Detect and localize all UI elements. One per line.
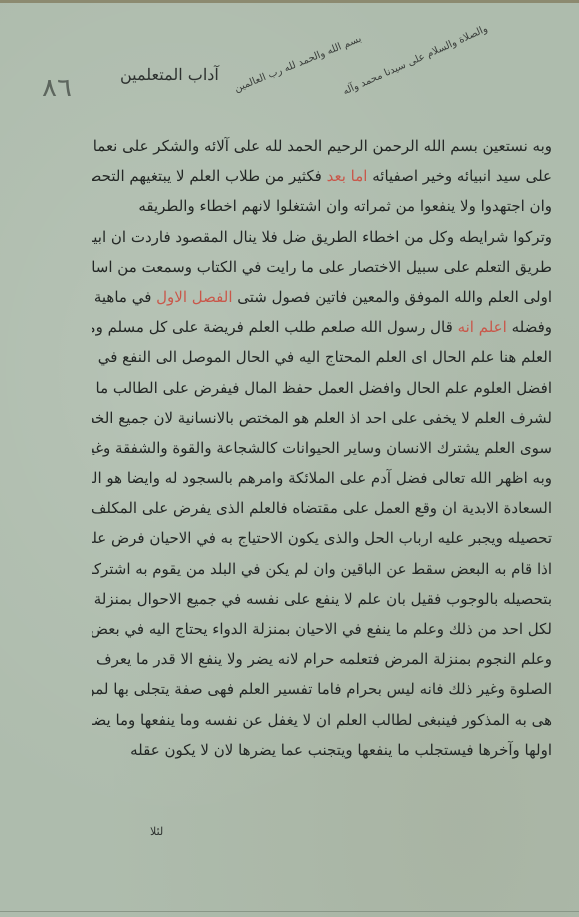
- text-span: اولها وآخرها فيستجلب ما ينفعها ويتجنب عم…: [130, 741, 552, 759]
- text-line: افضل العلوم علم الحال وافضل العمل حفظ ال…: [92, 373, 552, 403]
- text-line: اولى العلم والله الموفق والمعين فاتين فص…: [92, 282, 552, 312]
- rubric-heading: اعلم انه: [458, 318, 507, 336]
- text-line: وتركوا شرايطه وكل من اخطاء الطريق ضل فلا…: [92, 222, 552, 252]
- text-line: اذا قام به البعض سقط عن الباقين وان لم ي…: [92, 554, 552, 584]
- text-span: وبه نستعين بسم الله الرحمن الرحيم الحمد …: [92, 137, 552, 155]
- catchword: لئلا: [150, 825, 163, 838]
- text-span: قال رسول الله صلعم طلب العلم فريضة على ك…: [92, 318, 453, 336]
- text-span: على سيد انبيائه وخير اصفيائه: [372, 167, 552, 185]
- text-line: الصلوة وغير ذلك فانه ليس بحرام فاما تفسي…: [92, 674, 552, 704]
- text-line: وبه اظهر الله تعالى فضل آدم على الملائكة…: [92, 463, 552, 493]
- text-span: سوى العلم يشترك الانسان وساير الحيوانات …: [92, 439, 552, 457]
- text-span: هى به المذكور فينبغى لطالب العلم ان لا ي…: [92, 711, 552, 729]
- text-line: وان اجتهدوا ولا ينفعوا من ثمراته وان اشت…: [92, 191, 552, 221]
- text-span: السعادة الابدية ان وقع العمل على مقتضاه …: [92, 499, 552, 517]
- text-line: لشرف العلم لا يخفى على احد اذ العلم هو ا…: [92, 403, 552, 433]
- text-line: لكل احد من ذلك وعلم ما ينفع في الاحيان ب…: [92, 614, 552, 644]
- text-line: سوى العلم يشترك الانسان وساير الحيوانات …: [92, 433, 552, 463]
- text-span: لشرف العلم لا يخفى على احد اذ العلم هو ا…: [92, 409, 552, 427]
- text-line: بتحصيله بالوجوب فقيل بان علم لا ينفع على…: [92, 584, 552, 614]
- rubric-heading: اما بعد: [327, 167, 368, 185]
- text-line: وعلم النجوم بمنزلة المرض فتعلمه حرام لان…: [92, 644, 552, 674]
- page-edge: [0, 911, 579, 912]
- text-span: وبه اظهر الله تعالى فضل آدم على الملائكة…: [92, 469, 552, 487]
- main-text-block: وبه نستعين بسم الله الرحمن الرحيم الحمد …: [92, 131, 552, 765]
- text-span: بتحصيله بالوجوب فقيل بان علم لا ينفع على…: [92, 590, 552, 608]
- text-span: لكل احد من ذلك وعلم ما ينفع في الاحيان ب…: [92, 620, 552, 638]
- text-span: فكثير من طلاب العلم لا يبتغيهم التحصيل: [92, 167, 322, 185]
- text-line: وبه نستعين بسم الله الرحمن الرحيم الحمد …: [92, 131, 552, 161]
- text-span: في ماهية العلم: [92, 288, 151, 306]
- running-title: آداب المتعلمين: [120, 65, 219, 84]
- text-span: تحصيله ويجبر عليه ارباب الحل والذى يكون …: [92, 529, 552, 547]
- text-line: السعادة الابدية ان وقع العمل على مقتضاه …: [92, 493, 552, 523]
- rubric-heading: الفصل الاول: [156, 288, 232, 306]
- text-span: العلم هنا علم الحال اى العلم المحتاج الي…: [92, 348, 552, 366]
- text-line: اولها وآخرها فيستجلب ما ينفعها ويتجنب عم…: [92, 735, 552, 765]
- marginal-note: والصلاة والسلام على سيدنا محمد وآله: [341, 23, 489, 97]
- text-span: طريق التعلم على سبيل الاختصار على ما راي…: [92, 258, 552, 276]
- text-line: على سيد انبيائه وخير اصفيائه اما بعد فكث…: [92, 161, 552, 191]
- text-span: وان اجتهدوا ولا ينفعوا من ثمراته وان اشت…: [138, 197, 552, 215]
- folio-number: ٨٦: [42, 73, 72, 103]
- text-span: الصلوة وغير ذلك فانه ليس بحرام فاما تفسي…: [92, 680, 552, 698]
- text-line: طريق التعلم على سبيل الاختصار على ما راي…: [92, 252, 552, 282]
- text-span: افضل العلوم علم الحال وافضل العمل حفظ ال…: [92, 379, 552, 397]
- text-line: وفضله اعلم انه قال رسول الله صلعم طلب ال…: [92, 312, 552, 342]
- text-span: وعلم النجوم بمنزلة المرض فتعلمه حرام لان…: [92, 650, 552, 668]
- text-span: وفضله: [512, 318, 552, 336]
- manuscript-page: ٨٦ آداب المتعلمين بسم الله والحمد لله رب…: [0, 0, 579, 917]
- text-span: اذا قام به البعض سقط عن الباقين وان لم ي…: [92, 560, 552, 578]
- text-span: اولى العلم والله الموفق والمعين فاتين فص…: [237, 288, 552, 306]
- text-line: تحصيله ويجبر عليه ارباب الحل والذى يكون …: [92, 523, 552, 553]
- text-line: هى به المذكور فينبغى لطالب العلم ان لا ي…: [92, 705, 552, 735]
- text-span: وتركوا شرايطه وكل من اخطاء الطريق ضل فلا…: [92, 228, 552, 246]
- text-line: العلم هنا علم الحال اى العلم المحتاج الي…: [92, 342, 552, 372]
